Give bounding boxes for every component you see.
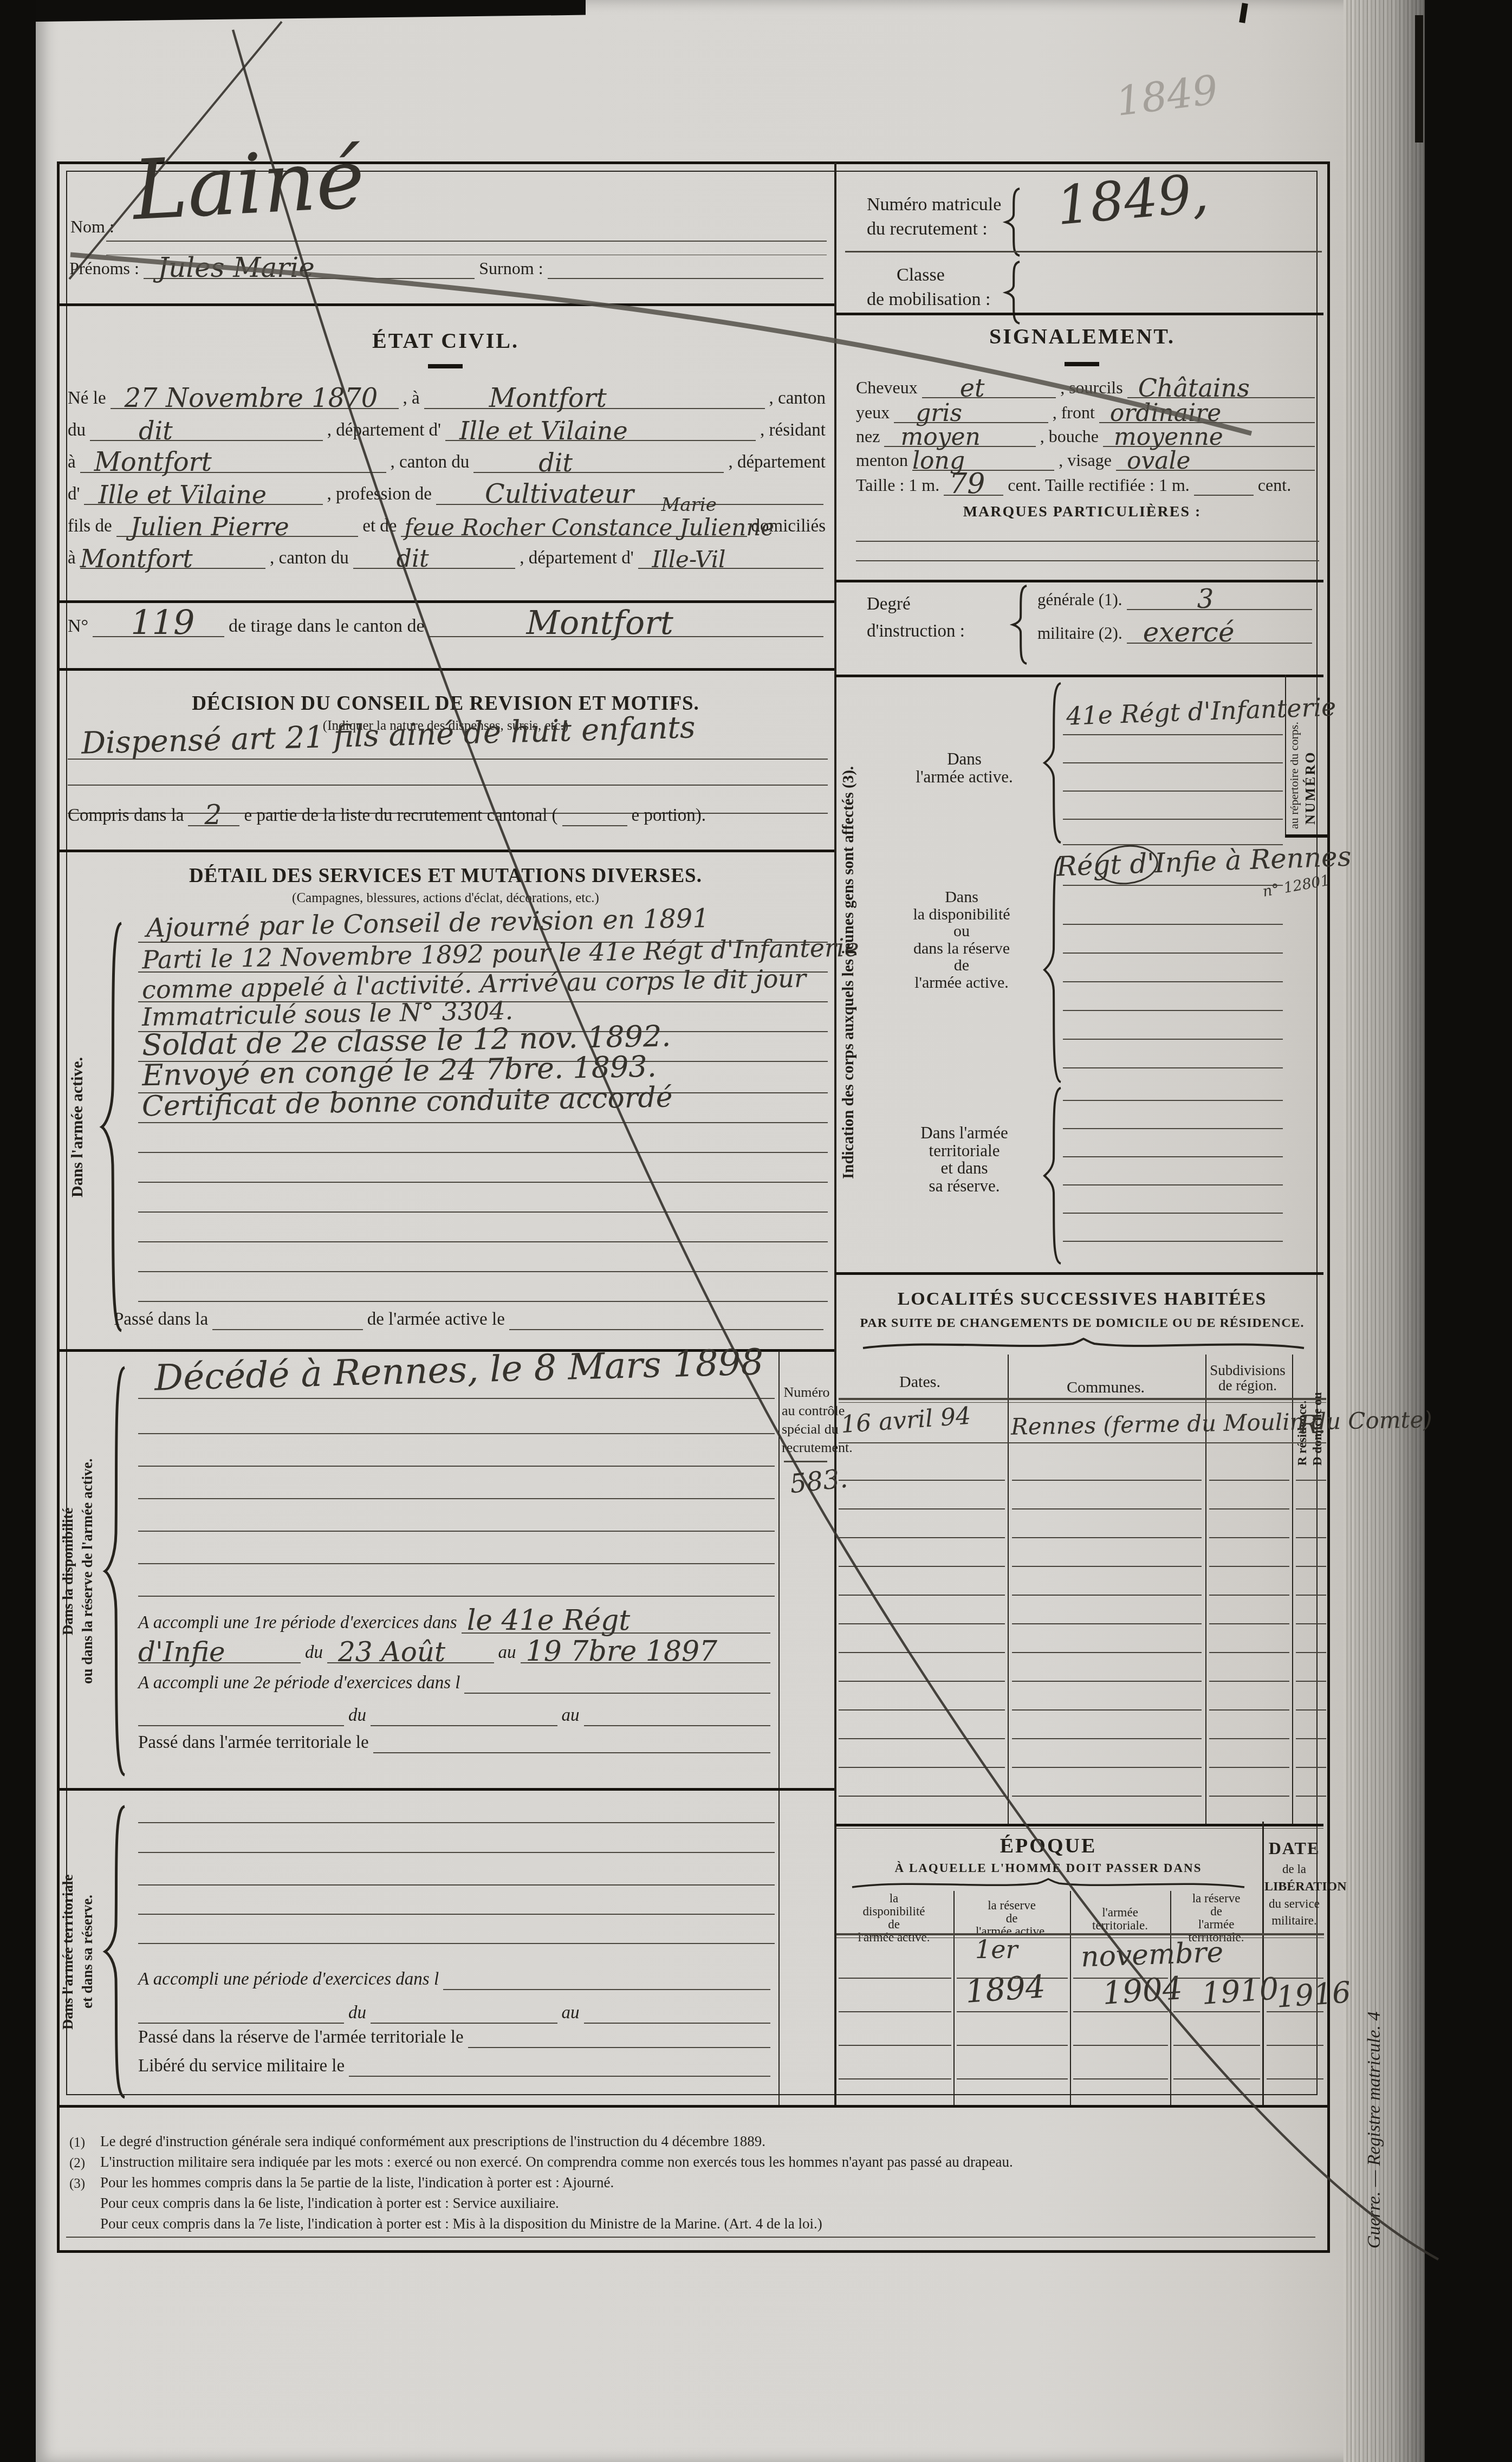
signalement-title: SIGNALEMENT. bbox=[834, 325, 1330, 348]
corps-line bbox=[1063, 734, 1283, 735]
corps-line bbox=[1063, 924, 1283, 925]
matricule-label-2: du recrutement : bbox=[867, 219, 988, 239]
brace-disponibilite bbox=[102, 1365, 127, 1777]
periode3-label: A accompli une période d'exercices dans … bbox=[138, 1970, 441, 1990]
militaire-value: exercé bbox=[1143, 619, 1235, 646]
decision-title: DÉCISION DU CONSEIL DE REVISION ET MOTIF… bbox=[57, 694, 834, 715]
localites-col-subdivisions: Subdivisions de région. bbox=[1207, 1363, 1288, 1394]
corps-line bbox=[1063, 1128, 1283, 1129]
nez-label: nez bbox=[856, 427, 882, 447]
departement-domicile-field: Ille-Vil bbox=[638, 542, 823, 569]
degre-label-2: d'instruction : bbox=[867, 622, 965, 641]
corps-line bbox=[1063, 762, 1283, 763]
departement-naissance-value: Ille et Vilaine bbox=[459, 418, 628, 443]
a2-label: à bbox=[68, 453, 78, 473]
margin-label-dispo-2: ou dans la réserve de l'armée active. bbox=[80, 1365, 95, 1777]
residence-field: Montfort bbox=[80, 446, 386, 473]
matricule-divider bbox=[845, 251, 1322, 252]
periode3-fin-field bbox=[584, 1997, 771, 2024]
passe-territoriale-label: Passé dans l'armée territoriale le bbox=[138, 1733, 371, 1753]
epoque-col4-rows bbox=[1173, 1945, 1260, 2102]
column-divider bbox=[834, 163, 836, 2105]
periode1-corps-field: le 41e Régt bbox=[462, 1606, 770, 1634]
taille-label-3: cent. bbox=[1258, 476, 1293, 496]
localites-communes-rows bbox=[1012, 1452, 1202, 1810]
epoque-header-rule bbox=[836, 1933, 1324, 1935]
periode2-field-2 bbox=[138, 1699, 344, 1726]
sourcils-label: , sourcils bbox=[1060, 379, 1125, 398]
periode2-debut-field bbox=[371, 1699, 557, 1726]
footnote-2: L'instruction militaire sera indiquée pa… bbox=[100, 2154, 1013, 2169]
signalement-tick bbox=[1065, 362, 1099, 366]
canton-naissance-field: dit bbox=[90, 414, 323, 441]
yeux-field: gris bbox=[894, 398, 1048, 423]
compris-partie-field: 2 bbox=[188, 799, 239, 826]
corps-line bbox=[1063, 791, 1283, 792]
controle-underline bbox=[784, 1461, 827, 1462]
epoque-col2-header: la réserve de l'armée active. bbox=[956, 1899, 1068, 1938]
classe-divider bbox=[835, 313, 1323, 315]
passe-active-field-2 bbox=[509, 1303, 823, 1330]
matricule-label-1: Numéro matricule bbox=[867, 195, 1001, 215]
blank-line bbox=[138, 1182, 828, 1183]
libere-label: Libéré du service militaire le bbox=[138, 2057, 347, 2077]
reserve-territoriale-field bbox=[468, 2021, 770, 2048]
residence-value: Montfort bbox=[94, 449, 212, 475]
periode1-corps-field-2: d'Infie bbox=[138, 1636, 301, 1663]
generale-value: 3 bbox=[1197, 586, 1214, 612]
margin-label-terr-2: et dans sa réserve. bbox=[80, 1804, 95, 2100]
localites-header-rule-2 bbox=[839, 1402, 1326, 1403]
tirage-canton-value: Montfort bbox=[527, 607, 673, 639]
localites-header-rule bbox=[839, 1398, 1326, 1400]
front-label: , front bbox=[1053, 404, 1097, 423]
canton-residence-value: dit bbox=[538, 450, 573, 475]
du-label-1: du bbox=[305, 1643, 325, 1663]
localites-title: LOCALITÉS SUCCESSIVES HABITÉES bbox=[834, 1290, 1330, 1309]
corps-line bbox=[1063, 885, 1283, 886]
blank-line bbox=[138, 1563, 775, 1564]
passe-territoriale-field bbox=[373, 1726, 770, 1753]
corps-bottom-divider bbox=[835, 1272, 1323, 1275]
lieu-naissance-value: Montfort bbox=[489, 385, 607, 411]
epoque-col3-rows bbox=[1073, 1945, 1168, 2102]
menton-label: menton bbox=[856, 451, 910, 471]
footnote-number-1: (1) bbox=[69, 2136, 85, 2150]
passe-active-label: Passé dans la bbox=[114, 1310, 210, 1330]
localites-brace bbox=[861, 1337, 1306, 1351]
services-title: DÉTAIL DES SERVICES ET MUTATIONS DIVERSE… bbox=[57, 866, 834, 887]
generale-label: générale (1). bbox=[1037, 591, 1125, 610]
reserve-territoriale-label: Passé dans la réserve de l'armée territo… bbox=[138, 2028, 466, 2048]
numero-tirage-label: N° bbox=[68, 617, 90, 637]
militaire-label: militaire (2). bbox=[1037, 625, 1125, 644]
localites-col-line-1 bbox=[1008, 1355, 1009, 1824]
periode3-debut-field bbox=[371, 1997, 557, 2024]
corps-terr-label: Dans l'armée territoriale et dans sa rés… bbox=[888, 1124, 1040, 1195]
service-line bbox=[138, 1122, 828, 1123]
epoque-col3-header: l'armée territoriale. bbox=[1072, 1906, 1168, 1932]
passe-active-label-2: de l'armée active le bbox=[367, 1310, 507, 1330]
decision-line-2 bbox=[68, 785, 828, 786]
blank-line bbox=[138, 1822, 775, 1823]
taille-rectifiee-field bbox=[1194, 470, 1254, 496]
profession-field: Cultivateur bbox=[436, 478, 823, 505]
blank-line bbox=[138, 1433, 775, 1434]
canton-du2-label: , canton du bbox=[270, 549, 351, 569]
domicile-field: Montfort bbox=[80, 542, 265, 569]
compris-label: Compris dans la bbox=[68, 806, 186, 826]
departement-residence-value: Ille et Vilaine bbox=[98, 482, 267, 507]
deces-line bbox=[138, 1398, 775, 1399]
localites-col-communes: Communes. bbox=[1011, 1379, 1200, 1396]
generale-field: 3 bbox=[1127, 584, 1312, 610]
controle-label-1: Numéro bbox=[782, 1385, 832, 1400]
numero-tirage-value: 119 bbox=[131, 606, 194, 639]
controle-label-3: spécial du bbox=[782, 1422, 832, 1436]
nom-line bbox=[106, 241, 827, 242]
surnom-label: Surnom : bbox=[479, 260, 545, 279]
militaire-field: exercé bbox=[1127, 618, 1312, 644]
sourcils-value: Châtains bbox=[1138, 375, 1250, 400]
departement-domicile-value: Ille-Vil bbox=[652, 548, 726, 571]
services-subtitle: (Campagnes, blessures, actions d'éclat, … bbox=[57, 891, 834, 905]
footnote-4: Pour ceux compris dans la 6e liste, l'in… bbox=[100, 2195, 559, 2211]
libere-field bbox=[349, 2050, 770, 2077]
taille-label-1: Taille : 1 m. bbox=[856, 476, 942, 496]
numero-tirage-field: 119 bbox=[93, 606, 224, 637]
epoque-title: ÉPOQUE bbox=[834, 1836, 1262, 1857]
prenoms-value: Jules Marie bbox=[158, 254, 315, 281]
footnote-number-3: (3) bbox=[69, 2177, 85, 2191]
marques-line-1 bbox=[856, 541, 1319, 542]
brace-territoriale bbox=[102, 1804, 127, 2100]
dispo-section-divider bbox=[59, 1788, 834, 1791]
blank-line bbox=[138, 1498, 775, 1499]
matricule-value: 1849, bbox=[1054, 167, 1210, 233]
epoque-date-rows bbox=[1267, 1945, 1323, 2102]
tirage-divider bbox=[59, 668, 834, 671]
date-header-4: du service bbox=[1264, 1897, 1324, 1910]
corps-line bbox=[1063, 981, 1283, 982]
corps-line bbox=[1063, 953, 1283, 954]
canton-du-label: , canton du bbox=[391, 453, 472, 473]
localites-dr-rows bbox=[1296, 1452, 1326, 1810]
pere-value: Julien Pierre bbox=[131, 514, 289, 539]
epoque-brace bbox=[851, 1878, 1246, 1890]
departement-residence-field: Ille et Vilaine bbox=[84, 478, 322, 505]
profession-label: , profession de bbox=[327, 485, 434, 505]
brace-corps-dispo bbox=[1041, 856, 1063, 1084]
blank-line bbox=[138, 1531, 775, 1532]
visage-value: ovale bbox=[1127, 449, 1191, 473]
epoque-col2-rows bbox=[957, 1945, 1068, 2102]
tirage-canton-label: de tirage dans le canton de bbox=[229, 617, 427, 637]
corps-line bbox=[1063, 1184, 1283, 1185]
footnote-5: Pour ceux compris dans la 7e liste, l'in… bbox=[100, 2216, 822, 2231]
localites-bottom-rule bbox=[835, 1824, 1323, 1826]
canton-naissance-value: dit bbox=[139, 418, 173, 443]
pencil-annotation: 1849 bbox=[1114, 70, 1220, 122]
compris-partie-value: 2 bbox=[204, 801, 222, 828]
departement-label: , département d' bbox=[327, 421, 443, 441]
canton-label: , canton bbox=[769, 389, 828, 409]
du-label: du bbox=[68, 421, 88, 441]
blank-line bbox=[138, 1152, 828, 1153]
fils-de-label: fils de bbox=[68, 517, 114, 537]
numero-corps-tick bbox=[1285, 834, 1328, 838]
footnote-1: Le degré d'instruction générale sera ind… bbox=[100, 2134, 765, 2149]
footnote-inner-line bbox=[66, 2237, 1315, 2238]
mere-field: feue Rocher Constance Julienne Marie bbox=[401, 510, 747, 537]
du-label-2: du bbox=[348, 1706, 368, 1726]
margin-label-dispo-1: Dans la disponibilité bbox=[61, 1365, 75, 1777]
corps-active-label: Dans l'armée active. bbox=[888, 750, 1040, 786]
surnom-field bbox=[548, 252, 823, 279]
periode1-corps-value-2: d'Infie bbox=[138, 1638, 225, 1666]
periode1-fin-field: 19 7bre 1897 bbox=[521, 1636, 770, 1663]
brace-corps-terr bbox=[1041, 1086, 1063, 1265]
date-header-5: militaire. bbox=[1264, 1914, 1324, 1927]
taille-field: 79 bbox=[944, 470, 1003, 496]
epoque-header-rule-2 bbox=[836, 1938, 1324, 1938]
blank-line bbox=[138, 1301, 828, 1302]
localites-row1-line bbox=[839, 1442, 1326, 1443]
corps-side-label: Indication des corps auxquels les jeunes… bbox=[841, 680, 856, 1265]
margin-label-armee-active: Dans l'armée active. bbox=[69, 921, 86, 1333]
front-field: ordinaire bbox=[1099, 398, 1315, 423]
compris-portion-field bbox=[562, 799, 627, 826]
prenoms-field: Jules Marie bbox=[144, 252, 475, 279]
periode3-field-2 bbox=[138, 1997, 344, 2024]
margin-imprint: Guerre. — Registre matricule. 4 bbox=[1365, 1772, 1384, 2249]
localites-subdiv-rows bbox=[1209, 1452, 1289, 1810]
marques-line-2 bbox=[856, 560, 1319, 561]
epoque-col-line-1 bbox=[953, 1891, 955, 2105]
corps-line bbox=[1063, 1100, 1283, 1101]
scanned-register-page: 1849 Nom : Lainé Prénoms : Jules Marie S… bbox=[0, 0, 1512, 2462]
periode2-corps-field bbox=[464, 1667, 770, 1694]
blank-line bbox=[138, 1943, 775, 1944]
tirage-canton-field: Montfort bbox=[429, 606, 823, 637]
marques-label: MARQUES PARTICULIÈRES : bbox=[834, 504, 1330, 520]
canton-residence-field: dit bbox=[473, 446, 724, 473]
bouche-field: moyenne bbox=[1103, 422, 1315, 447]
localites-subtitle: PAR SUITE DE CHANGEMENTS DE DOMICILE OU … bbox=[834, 1317, 1330, 1330]
residant-label: , résidant bbox=[760, 421, 828, 441]
book-page-edges bbox=[1344, 0, 1425, 2462]
bouche-label: , bouche bbox=[1040, 427, 1101, 447]
localites-bottom-rule-2 bbox=[835, 1828, 1323, 1829]
profession-value: Cultivateur bbox=[485, 481, 634, 507]
epoque-col-line-2 bbox=[1070, 1891, 1071, 2105]
date-header-2: de la bbox=[1264, 1863, 1324, 1876]
periode1-debut-field: 23 Août bbox=[327, 1636, 494, 1663]
lieu-naissance-field: Montfort bbox=[424, 382, 765, 409]
yeux-label: yeux bbox=[856, 404, 892, 423]
footnote-number-2: (2) bbox=[69, 2156, 85, 2171]
compris-label-3: e portion). bbox=[632, 806, 708, 826]
decision-divider bbox=[59, 850, 834, 852]
degre-divider bbox=[835, 675, 1323, 677]
passe-active-field-1 bbox=[212, 1303, 362, 1330]
epoque-subtitle: À LAQUELLE L'HOMME DOIT PASSER DANS bbox=[834, 1862, 1262, 1875]
blank-line bbox=[138, 1852, 775, 1853]
classe-label-2: de mobilisation : bbox=[867, 290, 991, 309]
departement-naissance-field: Ille et Vilaine bbox=[445, 414, 756, 441]
canton-domicile-value: dit bbox=[397, 547, 429, 571]
blank-line bbox=[138, 1466, 775, 1467]
brace-matricule bbox=[1003, 187, 1022, 257]
visage-label: , visage bbox=[1059, 451, 1114, 471]
d-label: d' bbox=[68, 485, 82, 505]
periode1-label: A accompli une 1re période d'exercices d… bbox=[138, 1614, 459, 1634]
decision-line-1 bbox=[68, 759, 828, 760]
domicile-value: Montfort bbox=[80, 546, 193, 571]
date-naissance-value: 27 Novembre 1870 bbox=[125, 385, 378, 411]
canton-domicile-field: dit bbox=[353, 542, 516, 569]
au-label-2: au bbox=[562, 1706, 582, 1726]
corps-line bbox=[1063, 1156, 1283, 1157]
blank-line bbox=[138, 1241, 828, 1242]
compris-label-2: e partie de la liste du recrutement cant… bbox=[244, 806, 560, 826]
periode2-label: A accompli une 2e période d'exercices da… bbox=[138, 1674, 462, 1694]
blank-line bbox=[138, 1914, 775, 1915]
epoque-col1-rows bbox=[839, 1945, 951, 2102]
ne-le-label: Né le bbox=[68, 389, 108, 409]
nom-value: Lainé bbox=[131, 138, 366, 232]
a-label: , à bbox=[403, 389, 422, 409]
cheveux-value: et bbox=[960, 375, 985, 400]
date-header-3: LIBÉRATION bbox=[1264, 1880, 1324, 1894]
brace-corps-active bbox=[1041, 682, 1063, 844]
sourcils-field: Châtains bbox=[1127, 371, 1315, 398]
corps-line bbox=[1063, 1213, 1283, 1214]
periode1-debut-value: 23 Août bbox=[338, 1638, 445, 1666]
margin-label-terr-1: Dans l'armée territoriale bbox=[61, 1804, 75, 2100]
corps-line bbox=[1063, 819, 1283, 820]
du-label-3: du bbox=[348, 2004, 368, 2024]
visage-field: ovale bbox=[1116, 446, 1315, 471]
mere-value: feue Rocher Constance Julienne bbox=[404, 516, 774, 539]
nez-field: moyen bbox=[884, 422, 1035, 447]
scan-mark-edge bbox=[1415, 15, 1423, 142]
name-divider bbox=[59, 303, 834, 306]
taille-value: 79 bbox=[949, 470, 985, 498]
corps-line bbox=[1063, 1241, 1283, 1242]
taille-label-2: cent. Taille rectifiée : 1 m. bbox=[1008, 476, 1192, 496]
a3-label: à bbox=[68, 549, 78, 569]
au-label-1: au bbox=[498, 1643, 518, 1663]
nom-label: Nom : bbox=[70, 218, 114, 236]
classe-label-1: Classe bbox=[897, 265, 945, 285]
localites-row1-dr: R. bbox=[1299, 1412, 1326, 1437]
cheveux-field: et bbox=[922, 371, 1056, 398]
date-naissance-field: 27 Novembre 1870 bbox=[111, 382, 399, 409]
departement2-label: , département bbox=[728, 453, 828, 473]
localites-dates-rows bbox=[839, 1452, 1005, 1810]
localites-col-dates: Dates. bbox=[839, 1373, 1001, 1391]
brace-armee-active bbox=[99, 921, 124, 1333]
controle-label-2: au contrôle bbox=[782, 1403, 832, 1418]
brace-classe bbox=[1003, 260, 1022, 325]
blank-line bbox=[138, 1211, 828, 1213]
footnote-3: Pour les hommes compris dans la 5e parti… bbox=[100, 2175, 614, 2190]
corps-line bbox=[1063, 1039, 1283, 1040]
corps-line bbox=[1063, 1067, 1283, 1068]
departement-d-label: , département d' bbox=[520, 549, 635, 569]
et-de-label: et de bbox=[362, 517, 399, 537]
etat-civil-title: ÉTAT CIVIL. bbox=[57, 329, 834, 352]
controle-column-line bbox=[778, 1351, 780, 2105]
date-header-1: DATE bbox=[1264, 1839, 1324, 1858]
cheveux-label: Cheveux bbox=[856, 379, 920, 398]
blank-line bbox=[138, 1271, 828, 1272]
degre-label-1: Degré bbox=[867, 595, 911, 614]
marques-divider bbox=[835, 580, 1323, 582]
blank-line bbox=[138, 1596, 775, 1597]
epoque-col1-header: la disponibilité de l'armée active. bbox=[836, 1892, 951, 1945]
epoque-date-col-line bbox=[1262, 1822, 1264, 2105]
corps-dispo-label: Dans la disponibilité ou dans la réserve… bbox=[883, 889, 1040, 991]
periode1-fin-value: 19 7bre 1897 bbox=[526, 1637, 718, 1666]
periode1-corps-value: le 41e Régt bbox=[467, 1606, 631, 1635]
prenoms-label: Prénoms : bbox=[69, 260, 141, 279]
mere-value-sup: Marie bbox=[661, 496, 716, 514]
periode2-fin-field bbox=[584, 1699, 771, 1726]
corps-line bbox=[1063, 1010, 1283, 1011]
pere-field: Julien Pierre bbox=[116, 510, 359, 537]
periode3-corps-field bbox=[443, 1963, 770, 1990]
blank-line bbox=[138, 1884, 775, 1886]
controle-label-4: recrutement. bbox=[782, 1440, 832, 1455]
brace-degre bbox=[1010, 584, 1029, 665]
etat-civil-tick bbox=[428, 364, 463, 368]
